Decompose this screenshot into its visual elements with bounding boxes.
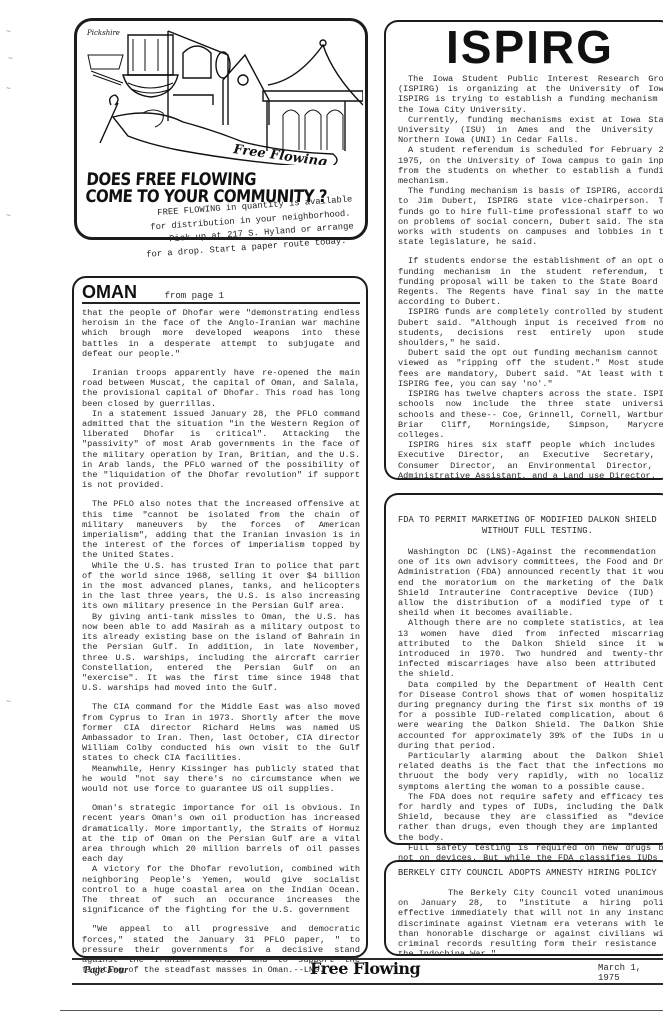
ispirg-headline: ISPIRG bbox=[386, 24, 663, 70]
page-number-label: Page Four bbox=[84, 965, 128, 976]
fda-dalkon-shield-article: FDA TO PERMIT MARKETING OF MODIFIED DALK… bbox=[384, 493, 663, 845]
svg-text:Pickshire: Pickshire bbox=[86, 29, 120, 37]
free-flowing-promo-box: Free Flowing Pickshire DOES FREE FLOWING… bbox=[74, 18, 368, 240]
margin-mark: ~ bbox=[6, 85, 11, 94]
margin-mark: ~ bbox=[6, 212, 11, 221]
community-buildings-illustration: Free Flowing Pickshire bbox=[83, 25, 363, 165]
ispirg-body: The Iowa Student Public Interest Researc… bbox=[398, 74, 663, 481]
oman-header: OMAN from page 1 bbox=[82, 282, 360, 304]
fda-headline: FDA TO PERMIT MARKETING OF MODIFIED DALK… bbox=[398, 515, 663, 537]
footer-bottom-rule bbox=[72, 983, 663, 985]
page-edge-rule bbox=[60, 1010, 663, 1011]
margin-mark: ~ bbox=[8, 55, 13, 64]
issue-date: March 1, 1975 bbox=[598, 963, 663, 983]
oman-article: OMAN from page 1 that the people of Dhof… bbox=[72, 276, 368, 958]
svg-text:Free Flowing: Free Flowing bbox=[231, 142, 328, 165]
margin-mark: ~ bbox=[6, 698, 11, 707]
continued-from-label: from page 1 bbox=[165, 291, 224, 301]
berkeley-amnesty-article: BERKELY CITY COUNCIL ADOPTS AMNESTY HIRI… bbox=[384, 860, 663, 956]
berkeley-headline: BERKELY CITY COUNCIL ADOPTS AMNESTY HIRI… bbox=[398, 868, 663, 878]
ispirg-article: ISPIRG The Iowa Student Public Interest … bbox=[384, 20, 663, 480]
berkeley-body: BERKELY CITY COUNCIL ADOPTS AMNESTY HIRI… bbox=[398, 868, 663, 959]
masthead-logo: Free Flowing bbox=[310, 959, 420, 978]
oman-body: that the people of Dhofar were "demonstr… bbox=[82, 308, 360, 975]
margin-mark: ~ bbox=[6, 28, 11, 37]
fda-body: FDA TO PERMIT MARKETING OF MODIFIED DALK… bbox=[398, 503, 663, 894]
oman-headline: OMAN bbox=[82, 282, 137, 302]
